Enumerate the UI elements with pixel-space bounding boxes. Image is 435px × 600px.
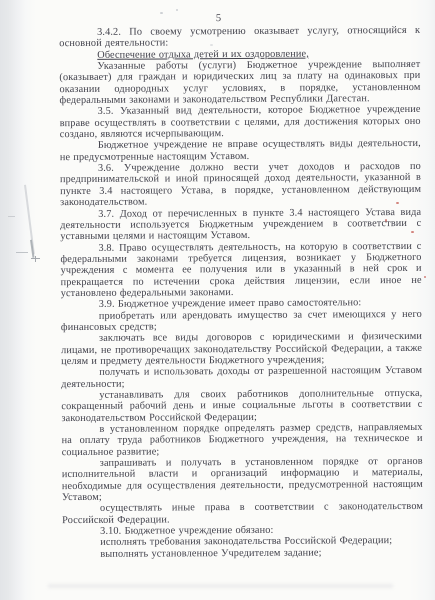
paragraph: получать и использовать доходы от разреш…	[61, 365, 422, 390]
gray-speck	[176, 9, 178, 11]
page-number: 5	[38, 12, 399, 27]
paragraph: запрашивать и получать в установленном п…	[62, 456, 423, 504]
paragraph: в установленном порядке определять разме…	[62, 422, 423, 458]
dash-artifact-mark	[8, 216, 15, 217]
paragraph: осуществлять иные права в соответствии с…	[62, 501, 423, 526]
paper-fold-line	[16, 252, 28, 253]
scan-smudge	[48, 584, 393, 588]
scanned-document-page: 5 3.4.2. По своему усмотрению оказывает …	[0, 0, 435, 600]
paragraph: 3.5. Указанный вид деятельности, которое…	[60, 104, 421, 140]
paragraph: исполнять требования законодательства Ро…	[62, 535, 423, 549]
paragraph: 3.4.2. По своему усмотрению оказывает ус…	[59, 25, 420, 50]
document-body: 3.4.2. По своему усмотрению оказывает ус…	[59, 25, 423, 560]
paragraph: устанавливать для своих работников допол…	[61, 388, 422, 424]
paragraph: заключать все виды договоров с юридическ…	[61, 331, 422, 367]
paragraph: 3.7. Доход от перечисленных в пункте 3.4…	[60, 206, 421, 242]
paragraph: 3.6. Учреждение должно вести учет доходо…	[60, 161, 421, 209]
plus-artifact-mark	[31, 254, 40, 263]
paragraph: выполнять установленное Учредителем зада…	[62, 547, 423, 561]
paper-crease	[24, 185, 34, 255]
paragraph: 3.8. Право осуществлять деятельность, на…	[60, 240, 421, 299]
paragraph: приобретать или арендовать имущество за …	[61, 308, 422, 333]
screenshot-root: { "page": { "number": "5" }, "document":…	[0, 0, 435, 600]
red-speck	[424, 276, 426, 278]
paragraph: Указанные работы (услуги) Бюджетное учре…	[59, 59, 420, 107]
page-content: 5 3.4.2. По своему усмотрению оказывает …	[59, 12, 423, 560]
paragraph: Бюджетное учреждение не вправе осуществл…	[60, 138, 421, 163]
